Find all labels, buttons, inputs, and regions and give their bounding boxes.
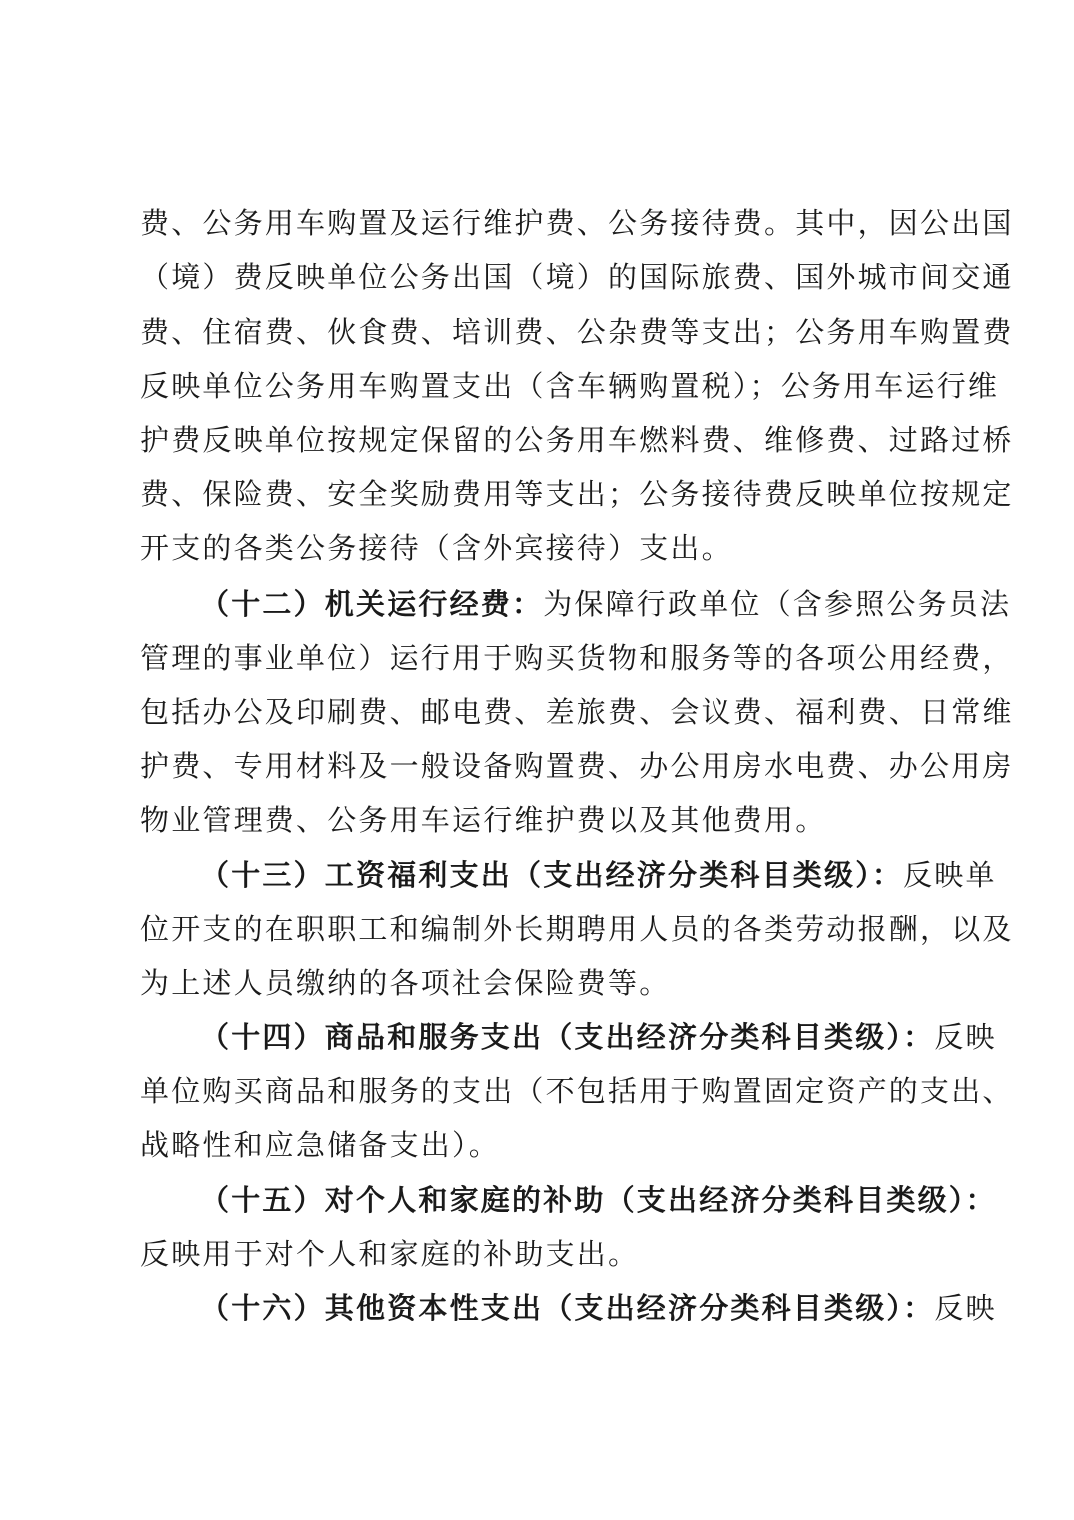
document-page: 费、公务用车购置及运行维护费、公务接待费。其中，因公出国 （境）费反映单位公务出… (0, 0, 1074, 1520)
paragraph-line: 为上述人员缴纳的各项社会保险费等。 (140, 963, 940, 1003)
section-heading: （十四）商品和服务支出（支出经济分类科目类级）： (200, 1020, 934, 1054)
section-text: 反映 (934, 1020, 996, 1054)
paragraph-line: 管理的事业单位）运行用于购买货物和服务等的各项公用经费， (140, 638, 940, 678)
section-12-first-line: （十二）机关运行经费：为保障行政单位（含参照公务员法 (200, 584, 940, 624)
section-heading: （十六）其他资本性支出（支出经济分类科目类级）： (200, 1291, 934, 1325)
paragraph-line: 包括办公及印刷费、邮电费、差旅费、会议费、福利费、日常维 (140, 692, 940, 732)
section-14-first-line: （十四）商品和服务支出（支出经济分类科目类级）：反映 (200, 1017, 940, 1057)
paragraph-line: 战略性和应急储备支出）。 (140, 1125, 940, 1165)
paragraph-line: 费、住宿费、伙食费、培训费、公杂费等支出；公务用车购置费 (140, 312, 940, 352)
paragraph-line: 反映用于对个人和家庭的补助支出。 (140, 1234, 940, 1274)
paragraph-line: 开支的各类公务接待（含外宾接待）支出。 (140, 528, 940, 568)
section-text: 反映单 (903, 858, 997, 892)
paragraph-line: 护费反映单位按规定保留的公务用车燃料费、维修费、过路过桥 (140, 420, 940, 460)
section-text: 为保障行政单位（含参照公务员法 (543, 587, 1011, 621)
paragraph-line: 位开支的在职职工和编制外长期聘用人员的各类劳动报酬，以及 (140, 909, 940, 949)
section-15-first-line: （十五）对个人和家庭的补助（支出经济分类科目类级）： (200, 1180, 940, 1220)
section-16-first-line: （十六）其他资本性支出（支出经济分类科目类级）：反映 (200, 1288, 940, 1328)
section-heading: （十三）工资福利支出（支出经济分类科目类级）： (200, 858, 903, 892)
paragraph-line: 费、保险费、安全奖励费用等支出；公务接待费反映单位按规定 (140, 474, 940, 514)
paragraph-line: 物业管理费、公务用车运行维护费以及其他费用。 (140, 800, 940, 840)
paragraph-line: 反映单位公务用车购置支出（含车辆购置税）；公务用车运行维 (140, 366, 940, 406)
paragraph-line: 单位购买商品和服务的支出（不包括用于购置固定资产的支出、 (140, 1071, 940, 1111)
section-text: 反映 (934, 1291, 996, 1325)
paragraph-line: 护费、专用材料及一般设备购置费、办公用房水电费、办公用房 (140, 746, 940, 786)
paragraph-line: 费、公务用车购置及运行维护费、公务接待费。其中，因公出国 (140, 203, 940, 243)
paragraph-line: （境）费反映单位公务出国（境）的国际旅费、国外城市间交通 (140, 257, 940, 297)
section-heading: （十二）机关运行经费： (200, 587, 543, 621)
section-13-first-line: （十三）工资福利支出（支出经济分类科目类级）：反映单 (200, 855, 940, 895)
section-heading: （十五）对个人和家庭的补助（支出经济分类科目类级）： (200, 1183, 997, 1217)
